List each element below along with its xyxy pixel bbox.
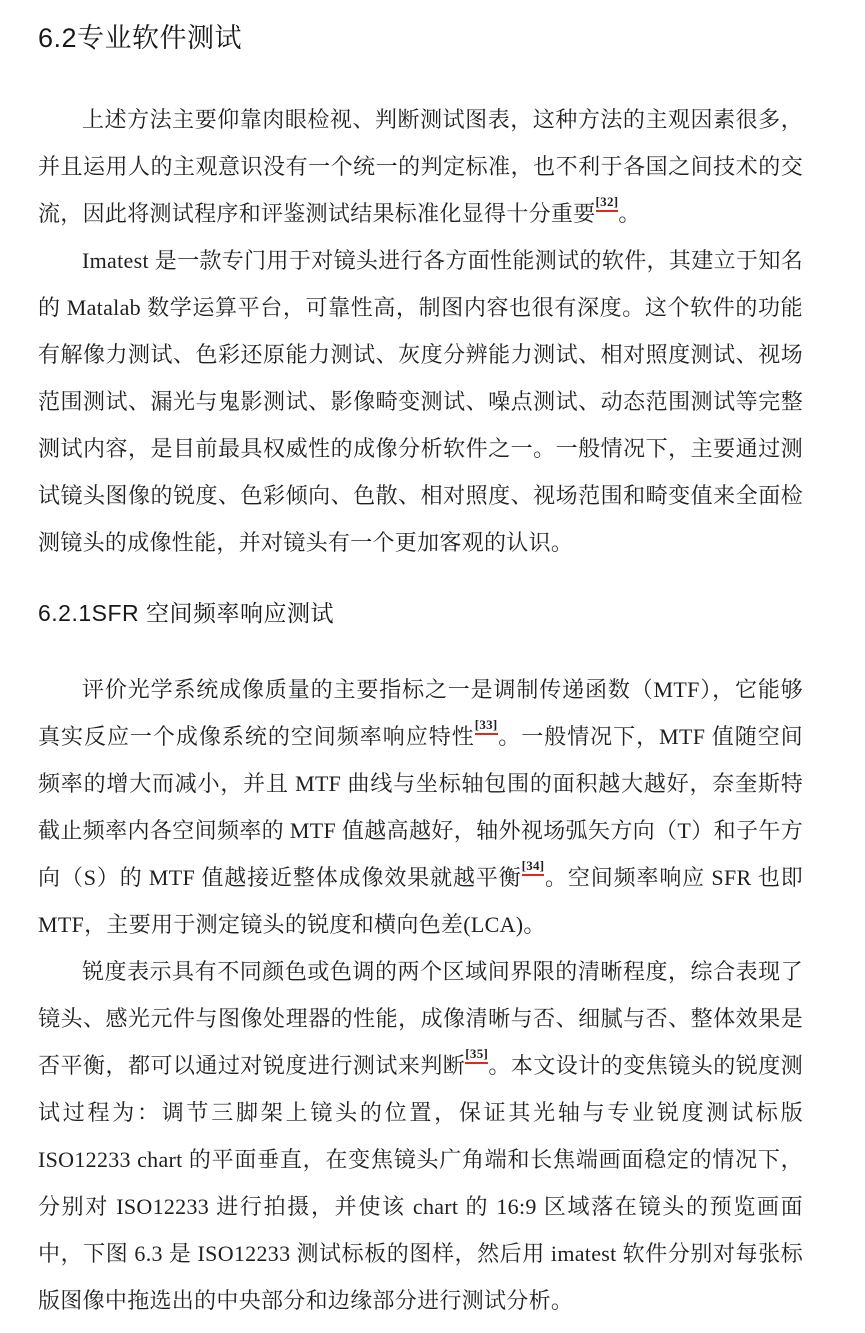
document-page: 6.2专业软件测试 上述方法主要仰靠肉眼检视、判断测试图表，这种方法的主观因素很… <box>0 0 865 1333</box>
paragraph-4: 锐度表示具有不同颜色或色调的两个区域间界限的清晰程度，综合表现了镜头、感光元件与… <box>38 948 803 1324</box>
citation-ref-34: [34] <box>522 858 545 876</box>
paragraph-3: 评价光学系统成像质量的主要指标之一是调制传递函数（MTF），它能够真实反应一个成… <box>38 666 803 948</box>
citation-ref-33: [33] <box>475 717 498 735</box>
paragraph-1-text: 上述方法主要仰靠肉眼检视、判断测试图表，这种方法的主观因素很多，并且运用人的主观… <box>38 107 803 226</box>
citation-ref-32: [32] <box>596 194 619 212</box>
section-heading-6-2: 6.2专业软件测试 <box>38 20 803 56</box>
citation-ref-35: [35] <box>465 1046 488 1064</box>
subsection-heading-6-2-1: 6.2.1SFR 空间频率响应测试 <box>38 598 803 628</box>
paragraph-4-text-b: 。本文设计的变焦镜头的锐度测试过程为：调节三脚架上镜头的位置，保证其光轴与专业锐… <box>38 1053 803 1313</box>
paragraph-2: Imatest 是一款专门用于对镜头进行各方面性能测试的软件，其建立于知名的 M… <box>38 237 803 566</box>
paragraph-1-tail: 。 <box>618 201 640 226</box>
paragraph-1: 上述方法主要仰靠肉眼检视、判断测试图表，这种方法的主观因素很多，并且运用人的主观… <box>38 96 803 237</box>
paragraph-2-text: Imatest 是一款专门用于对镜头进行各方面性能测试的软件，其建立于知名的 M… <box>38 248 803 555</box>
